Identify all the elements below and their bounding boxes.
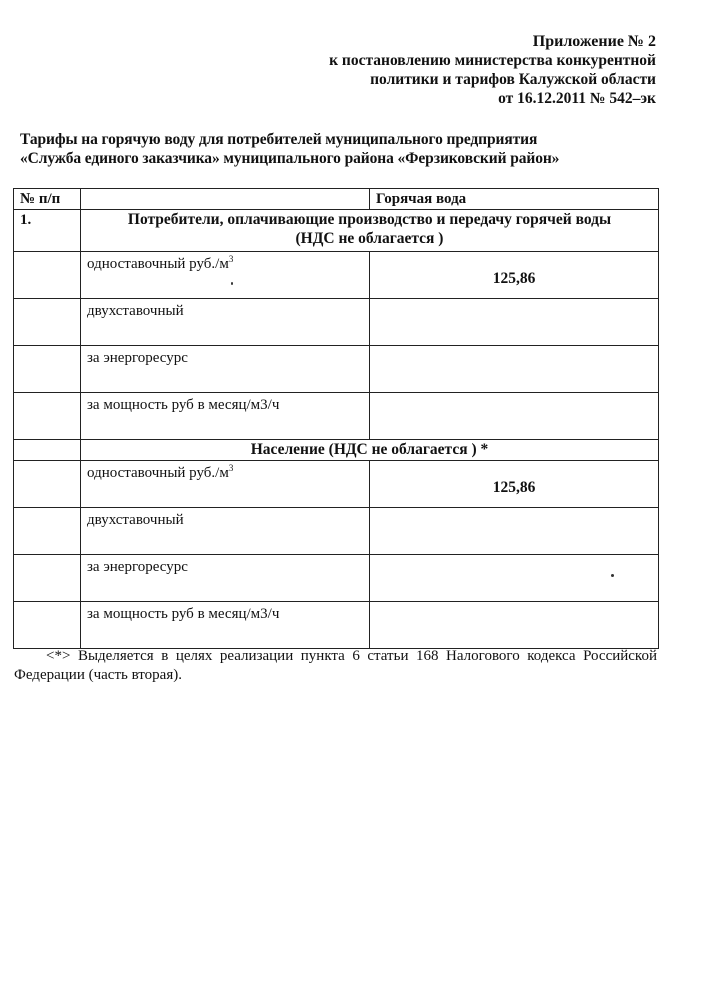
header-name [81,189,370,210]
appendix-number: Приложение № 2 [329,32,656,51]
section-row-population: Население (НДС не облагается ) * [14,440,659,461]
tariff-label: за энергоресурс [81,346,370,393]
table-row: за энергоресурс [14,555,659,602]
section-row-consumers: 1. Потребители, оплачивающие производств… [14,210,659,252]
document-title: Тарифы на горячую воду для потребителей … [20,130,680,168]
table-row: двухставочный [14,299,659,346]
section-title-line: Население (НДС не облагается ) * [87,440,652,460]
section-title-line: (НДС не облагается ) [87,229,652,248]
tariff-value [370,346,659,393]
section-title-line: Потребители, оплачивающие производство и… [87,210,652,229]
tariff-value [370,299,659,346]
tariff-value [370,555,659,602]
tariff-label: двухставочный [81,299,370,346]
tariff-value [370,602,659,649]
table-row: за мощность руб в месяц/м3/ч [14,393,659,440]
table-row: одноставочный руб./м3 125,86 [14,252,659,299]
tariff-label: за мощность руб в месяц/м3/ч [81,602,370,649]
tariff-label: двухставочный [81,508,370,555]
appendix-ref-line: политики и тарифов Калужской области [329,70,656,89]
appendix-header: Приложение № 2 к постановлению министерс… [329,32,656,108]
table-row: одноставочный руб./м3 125,86 [14,461,659,508]
appendix-date-line: от 16.12.2011 № 542–эк [329,89,656,108]
header-hot-water: Горячая вода [370,189,659,210]
tariff-label: за энергоресурс [81,555,370,602]
tariff-value: 125,86 [370,461,659,508]
tariff-table: № п/п Горячая вода 1. Потребители, оплач… [13,188,659,649]
section-title-population: Население (НДС не облагается ) * [81,440,659,461]
section-title-consumers: Потребители, оплачивающие производство и… [81,210,659,252]
table-row: за энергоресурс [14,346,659,393]
tariff-value [370,393,659,440]
section-num: 1. [14,210,81,252]
tariff-value [370,508,659,555]
tariff-label: за мощность руб в месяц/м3/ч [81,393,370,440]
table-header-row: № п/п Горячая вода [14,189,659,210]
table-row: за мощность руб в месяц/м3/ч [14,602,659,649]
title-line: «Служба единого заказчика» муниципальног… [20,149,680,168]
footnote: <*> Выделяется в целях реализации пункта… [14,647,657,685]
header-num: № п/п [14,189,81,210]
appendix-ref-line: к постановлению министерства конкурентно… [329,51,656,70]
tariff-label: одноставочный руб./м3 [81,461,370,508]
scan-speck [231,282,233,285]
tariff-value: 125,86 [370,252,659,299]
table-row: двухставочный [14,508,659,555]
scan-speck [611,574,614,577]
title-line: Тарифы на горячую воду для потребителей … [20,130,680,149]
tariff-label: одноставочный руб./м3 [81,252,370,299]
section-num [14,440,81,461]
